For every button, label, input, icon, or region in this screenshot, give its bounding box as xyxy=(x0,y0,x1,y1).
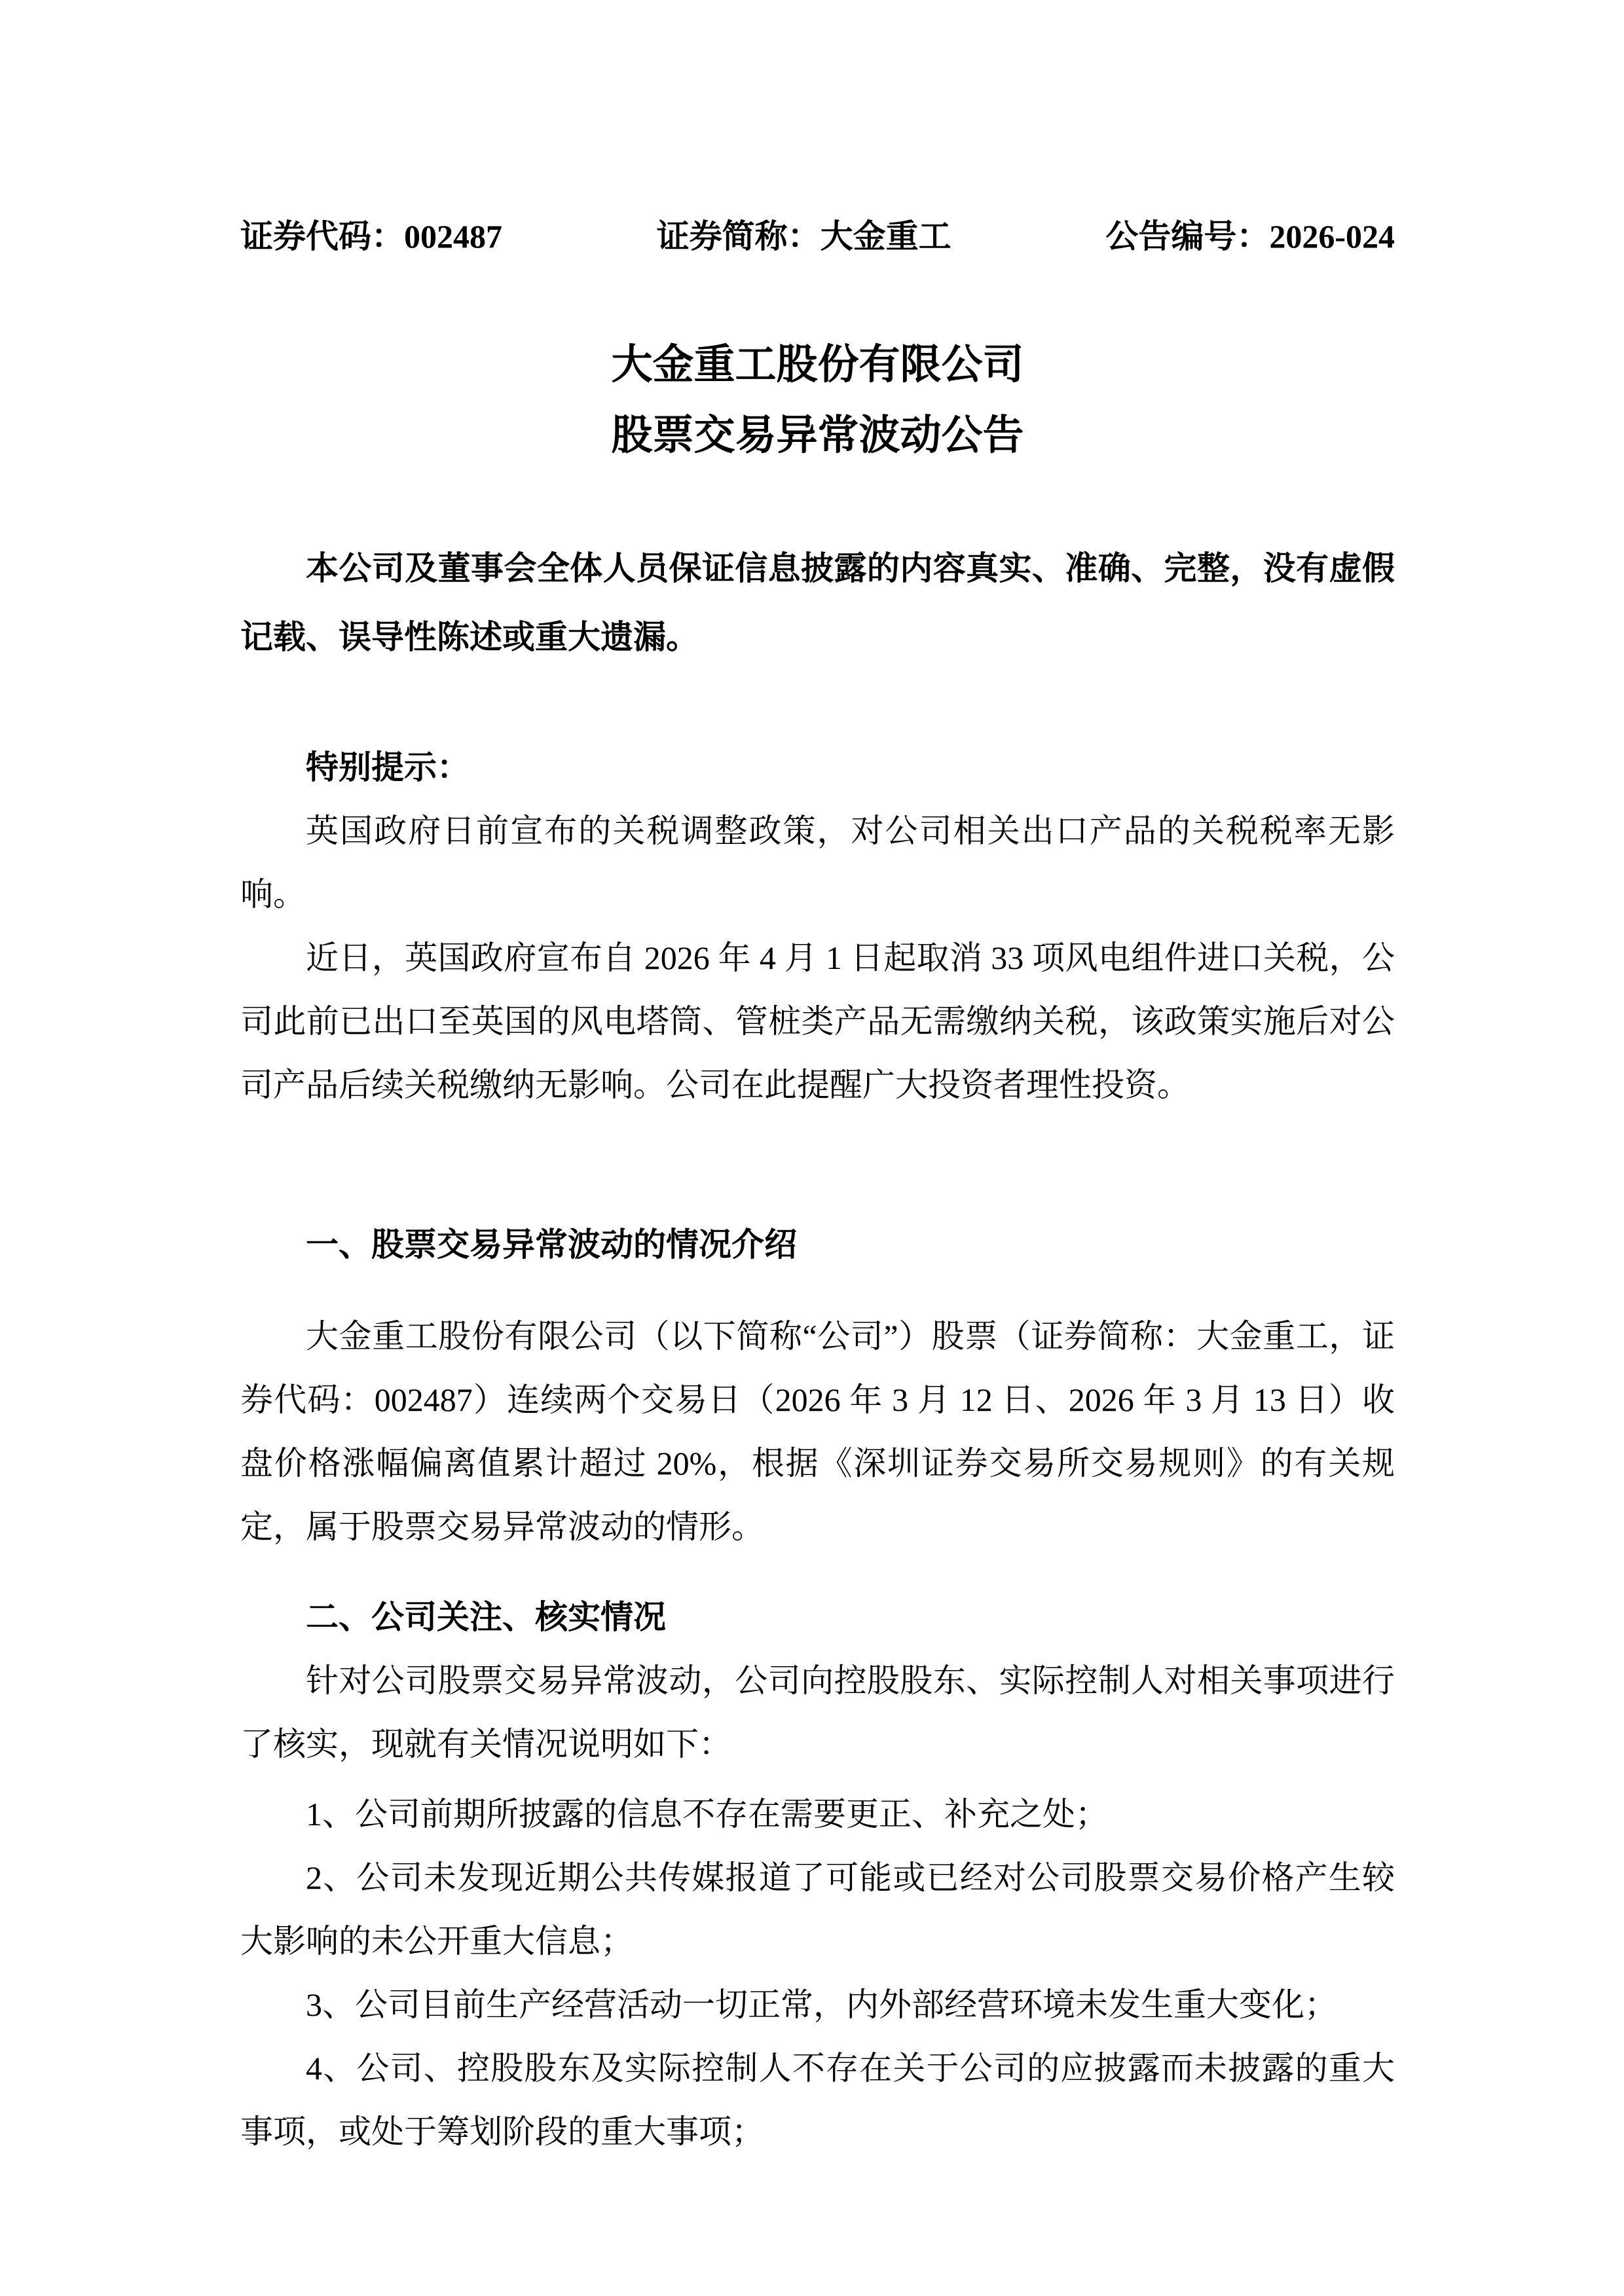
section-2-paragraph: 针对公司股票交易异常波动，公司向控股股东、实际控制人对相关事项进行了核实，现就有… xyxy=(240,1649,1395,1776)
stock-code: 证券代码：002487 xyxy=(240,205,502,268)
document-title: 大金重工股份有限公司 股票交易异常波动公告 xyxy=(240,329,1395,471)
section-1-paragraph: 大金重工股份有限公司（以下简称“公司”）股票（证券简称：大金重工，证券代码：00… xyxy=(240,1305,1395,1559)
announcement-document-page: 证券代码：002487 证券简称：大金重工 公告编号：2026-024 大金重工… xyxy=(0,0,1624,2296)
section-2-heading: 二、公司关注、核实情况 xyxy=(240,1586,1395,1649)
stock-short-name: 证券简称：大金重工 xyxy=(657,205,951,268)
section-1-heading: 一、股票交易异常波动的情况介绍 xyxy=(240,1213,1395,1277)
truthfulness-declaration-paragraph: 本公司及董事会全体人员保证信息披露的内容真实、准确、完整，没有虚假记载、误导性陈… xyxy=(240,534,1395,672)
document-header: 证券代码：002487 证券简称：大金重工 公告编号：2026-024 xyxy=(240,205,1395,268)
announcement-number: 公告编号：2026-024 xyxy=(1105,205,1395,268)
special-notice-paragraph-2: 近日，英国政府宣布自 2026 年 4 月 1 日起取消 33 项风电组件进口关… xyxy=(240,926,1395,1117)
verification-item-3: 3、公司目前生产经营活动一切正常，内外部经营环境未发生重大变化； xyxy=(240,1973,1395,2037)
special-notice-heading: 特别提示： xyxy=(240,736,1395,799)
verification-item-1: 1、公司前期所披露的信息不存在需要更正、补充之处； xyxy=(240,1783,1395,1846)
verification-item-2: 2、公司未发现近期公共传媒报道了可能或已经对公司股票交易价格产生较大影响的未公开… xyxy=(240,1846,1395,1973)
verification-item-4: 4、公司、控股股东及实际控制人不存在关于公司的应披露而未披露的重大事项，或处于筹… xyxy=(240,2037,1395,2164)
announcement-type-title-line: 股票交易异常波动公告 xyxy=(240,400,1395,471)
special-notice-paragraph-1: 英国政府日前宣布的关税调整政策，对公司相关出口产品的关税税率无影响。 xyxy=(240,799,1395,926)
company-name-title-line: 大金重工股份有限公司 xyxy=(240,329,1395,400)
